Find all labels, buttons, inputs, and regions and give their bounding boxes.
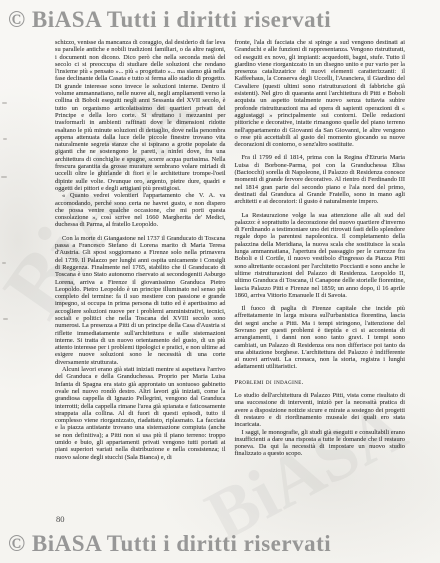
paragraph-firenze-capitale: Il fuoco di paglia di Firenze capitale c…	[235, 305, 406, 371]
scan-artifact	[2, 262, 6, 264]
scan-artifact	[2, 102, 7, 104]
paragraph-works-begun: Alcuni lavori erano già stati iniziati m…	[55, 366, 226, 461]
paragraph-napoleonic-period: Fra il 1799 ed il 1814, prima con la Reg…	[235, 154, 406, 205]
paragraph-restaurazione: La Restaurazione volge la sua attenzione…	[235, 212, 406, 300]
text-column-right: fronte, l'ala di facciata che si spinge …	[235, 39, 406, 461]
scanned-book-page: © BiASA Tutti i diritti riservati BiASA …	[0, 0, 440, 563]
copyright-watermark-bottom: © BiASA Tutti i diritti riservati	[8, 531, 331, 557]
scan-artifact	[3, 318, 8, 320]
paragraph-continuation: schizzo, venisse da mancanza di coraggio…	[55, 39, 226, 192]
scan-artifact	[3, 138, 7, 140]
paragraph-sources: I saggi, le monografie, gli studi già es…	[235, 429, 406, 458]
text-column-left: schizzo, venisse da mancanza di coraggio…	[55, 39, 226, 461]
paragraph-quote-margherita: « Quanto vedrei volentieri l'appartament…	[55, 192, 226, 228]
paragraph-lorena-period: Con la morte di Giangastone nel 1737 il …	[55, 235, 226, 366]
paragraph-study-intro: Lo studio dell'architettura di Palazzo P…	[235, 392, 406, 428]
text-columns: schizzo, venisse da mancanza di coraggio…	[55, 39, 405, 461]
page-number: 80	[56, 514, 65, 524]
section-heading: Problemi di indagine.	[235, 379, 406, 386]
paragraph-continuation: fronte, l'ala di facciata che si spinge …	[235, 39, 406, 148]
scan-artifact	[1, 176, 7, 178]
copyright-watermark-top: © BiASA Tutti i diritti riservati	[8, 7, 331, 33]
